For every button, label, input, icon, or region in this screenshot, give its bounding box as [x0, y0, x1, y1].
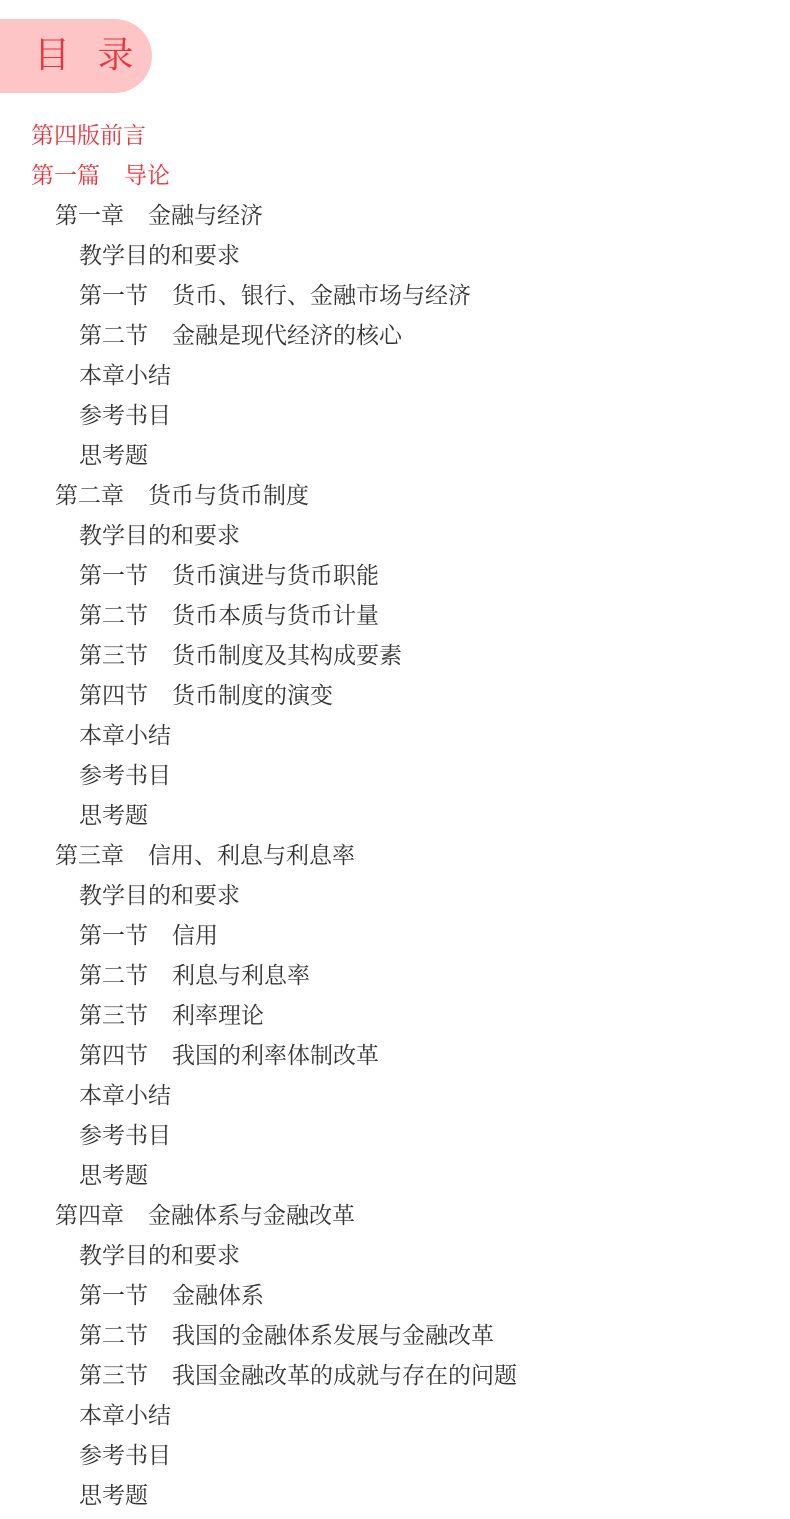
toc-section-entry[interactable]: 教学目的和要求	[0, 876, 517, 916]
toc-entry-number: 第一篇	[31, 156, 100, 196]
toc-section-entry[interactable]: 本章小结	[0, 1076, 517, 1116]
toc-section-entry[interactable]: 第三节我国金融改革的成就与存在的问题	[0, 1356, 517, 1396]
toc-entry-title: 货币制度及其构成要素	[172, 643, 402, 669]
toc-section-entry[interactable]: 思考题	[0, 796, 517, 836]
toc-section-entry[interactable]: 第四节货币制度的演变	[0, 676, 517, 716]
toc-entry-number: 参考书目	[79, 756, 171, 796]
toc-section-entry[interactable]: 本章小结	[0, 356, 517, 396]
toc-entry-number: 第一节	[79, 916, 148, 956]
toc-entry-number: 参考书目	[79, 1436, 171, 1476]
toc-entry-number: 第一节	[79, 1276, 148, 1316]
toc-entry-number: 思考题	[79, 436, 148, 476]
toc-entry-number: 第四版前言	[31, 116, 146, 156]
toc-entry-title: 货币与货币制度	[148, 483, 309, 509]
toc-section-entry[interactable]: 参考书目	[0, 1116, 517, 1156]
toc-entry-title: 金融体系与金融改革	[148, 1203, 355, 1229]
toc-entry-number: 教学目的和要求	[79, 516, 240, 556]
toc-entry-number: 第三节	[79, 636, 148, 676]
toc-section-entry[interactable]: 教学目的和要求	[0, 516, 517, 556]
toc-section-entry[interactable]: 第四节我国的利率体制改革	[0, 1036, 517, 1076]
toc-section-entry[interactable]: 思考题	[0, 436, 517, 476]
toc-entry-number: 第一节	[79, 276, 148, 316]
toc-entry-number: 第四节	[79, 676, 148, 716]
toc-entry-number: 第二章	[55, 476, 124, 516]
toc-entry-number: 第四节	[79, 1036, 148, 1076]
toc-entry-number: 第二节	[79, 1316, 148, 1356]
toc-entry-title: 金融与经济	[148, 203, 263, 229]
toc-entry-number: 第三节	[79, 996, 148, 1036]
toc-list: 第四版前言第一篇导论第一章金融与经济教学目的和要求第一节货币、银行、金融市场与经…	[0, 116, 517, 1516]
toc-entry-number: 第二节	[79, 956, 148, 996]
toc-section-entry[interactable]: 第二节利息与利息率	[0, 956, 517, 996]
toc-section-entry[interactable]: 第一节金融体系	[0, 1276, 517, 1316]
toc-entry-title: 金融是现代经济的核心	[172, 323, 402, 349]
toc-entry-number: 教学目的和要求	[79, 876, 240, 916]
toc-entry-number: 教学目的和要求	[79, 1236, 240, 1276]
toc-entry-title: 货币演进与货币职能	[172, 563, 379, 589]
toc-entry-title: 货币制度的演变	[172, 683, 333, 709]
toc-entry-number: 参考书目	[79, 396, 171, 436]
toc-section-entry[interactable]: 第三节利率理论	[0, 996, 517, 1036]
toc-section-entry[interactable]: 教学目的和要求	[0, 236, 517, 276]
toc-entry-title: 我国的金融体系发展与金融改革	[172, 1323, 494, 1349]
toc-section-entry[interactable]: 第一节货币、银行、金融市场与经济	[0, 276, 517, 316]
toc-section-entry[interactable]: 思考题	[0, 1156, 517, 1196]
toc-entry-title: 金融体系	[172, 1283, 264, 1309]
toc-entry-title: 我国金融改革的成就与存在的问题	[172, 1363, 517, 1389]
toc-entry-number: 第二节	[79, 316, 148, 356]
toc-entry-number: 思考题	[79, 1476, 148, 1516]
toc-entry-number: 本章小结	[79, 356, 171, 396]
toc-section-entry[interactable]: 第一节信用	[0, 916, 517, 956]
toc-entry-title: 货币本质与货币计量	[172, 603, 379, 629]
toc-section-entry[interactable]: 第二节货币本质与货币计量	[0, 596, 517, 636]
toc-entry-number: 第三章	[55, 836, 124, 876]
toc-entry-number: 教学目的和要求	[79, 236, 240, 276]
toc-section-entry[interactable]: 思考题	[0, 1476, 517, 1516]
toc-entry-number: 思考题	[79, 1156, 148, 1196]
toc-part-entry[interactable]: 第四版前言	[0, 116, 517, 156]
toc-section-entry[interactable]: 第三节货币制度及其构成要素	[0, 636, 517, 676]
toc-entry-number: 参考书目	[79, 1116, 171, 1156]
toc-section-entry[interactable]: 参考书目	[0, 1436, 517, 1476]
toc-entry-title: 利息与利息率	[172, 963, 310, 989]
toc-entry-title: 货币、银行、金融市场与经济	[172, 283, 471, 309]
toc-section-entry[interactable]: 参考书目	[0, 396, 517, 436]
toc-entry-number: 第二节	[79, 596, 148, 636]
toc-section-entry[interactable]: 本章小结	[0, 1396, 517, 1436]
toc-section-entry[interactable]: 教学目的和要求	[0, 1236, 517, 1276]
toc-chapter-entry[interactable]: 第二章货币与货币制度	[0, 476, 517, 516]
toc-section-entry[interactable]: 本章小结	[0, 716, 517, 756]
toc-entry-number: 思考题	[79, 796, 148, 836]
toc-entry-number: 第三节	[79, 1356, 148, 1396]
toc-entry-title: 信用、利息与利息率	[148, 843, 355, 869]
toc-entry-title: 导论	[124, 163, 170, 189]
toc-section-entry[interactable]: 第一节货币演进与货币职能	[0, 556, 517, 596]
toc-entry-number: 本章小结	[79, 1396, 171, 1436]
toc-section-entry[interactable]: 参考书目	[0, 756, 517, 796]
toc-part-entry[interactable]: 第一篇导论	[0, 156, 517, 196]
toc-entry-number: 第一章	[55, 196, 124, 236]
toc-entry-title: 利率理论	[172, 1003, 264, 1029]
toc-section-entry[interactable]: 第二节金融是现代经济的核心	[0, 316, 517, 356]
toc-chapter-entry[interactable]: 第四章金融体系与金融改革	[0, 1196, 517, 1236]
toc-entry-number: 第一节	[79, 556, 148, 596]
toc-chapter-entry[interactable]: 第三章信用、利息与利息率	[0, 836, 517, 876]
toc-entry-title: 信用	[172, 923, 218, 949]
toc-entry-number: 本章小结	[79, 716, 171, 756]
toc-header-pill: 目 录	[0, 19, 152, 93]
toc-section-entry[interactable]: 第二节我国的金融体系发展与金融改革	[0, 1316, 517, 1356]
toc-chapter-entry[interactable]: 第一章金融与经济	[0, 196, 517, 236]
toc-title: 目 录	[34, 38, 141, 74]
toc-entry-title: 我国的利率体制改革	[172, 1043, 379, 1069]
toc-entry-number: 本章小结	[79, 1076, 171, 1116]
toc-entry-number: 第四章	[55, 1196, 124, 1236]
